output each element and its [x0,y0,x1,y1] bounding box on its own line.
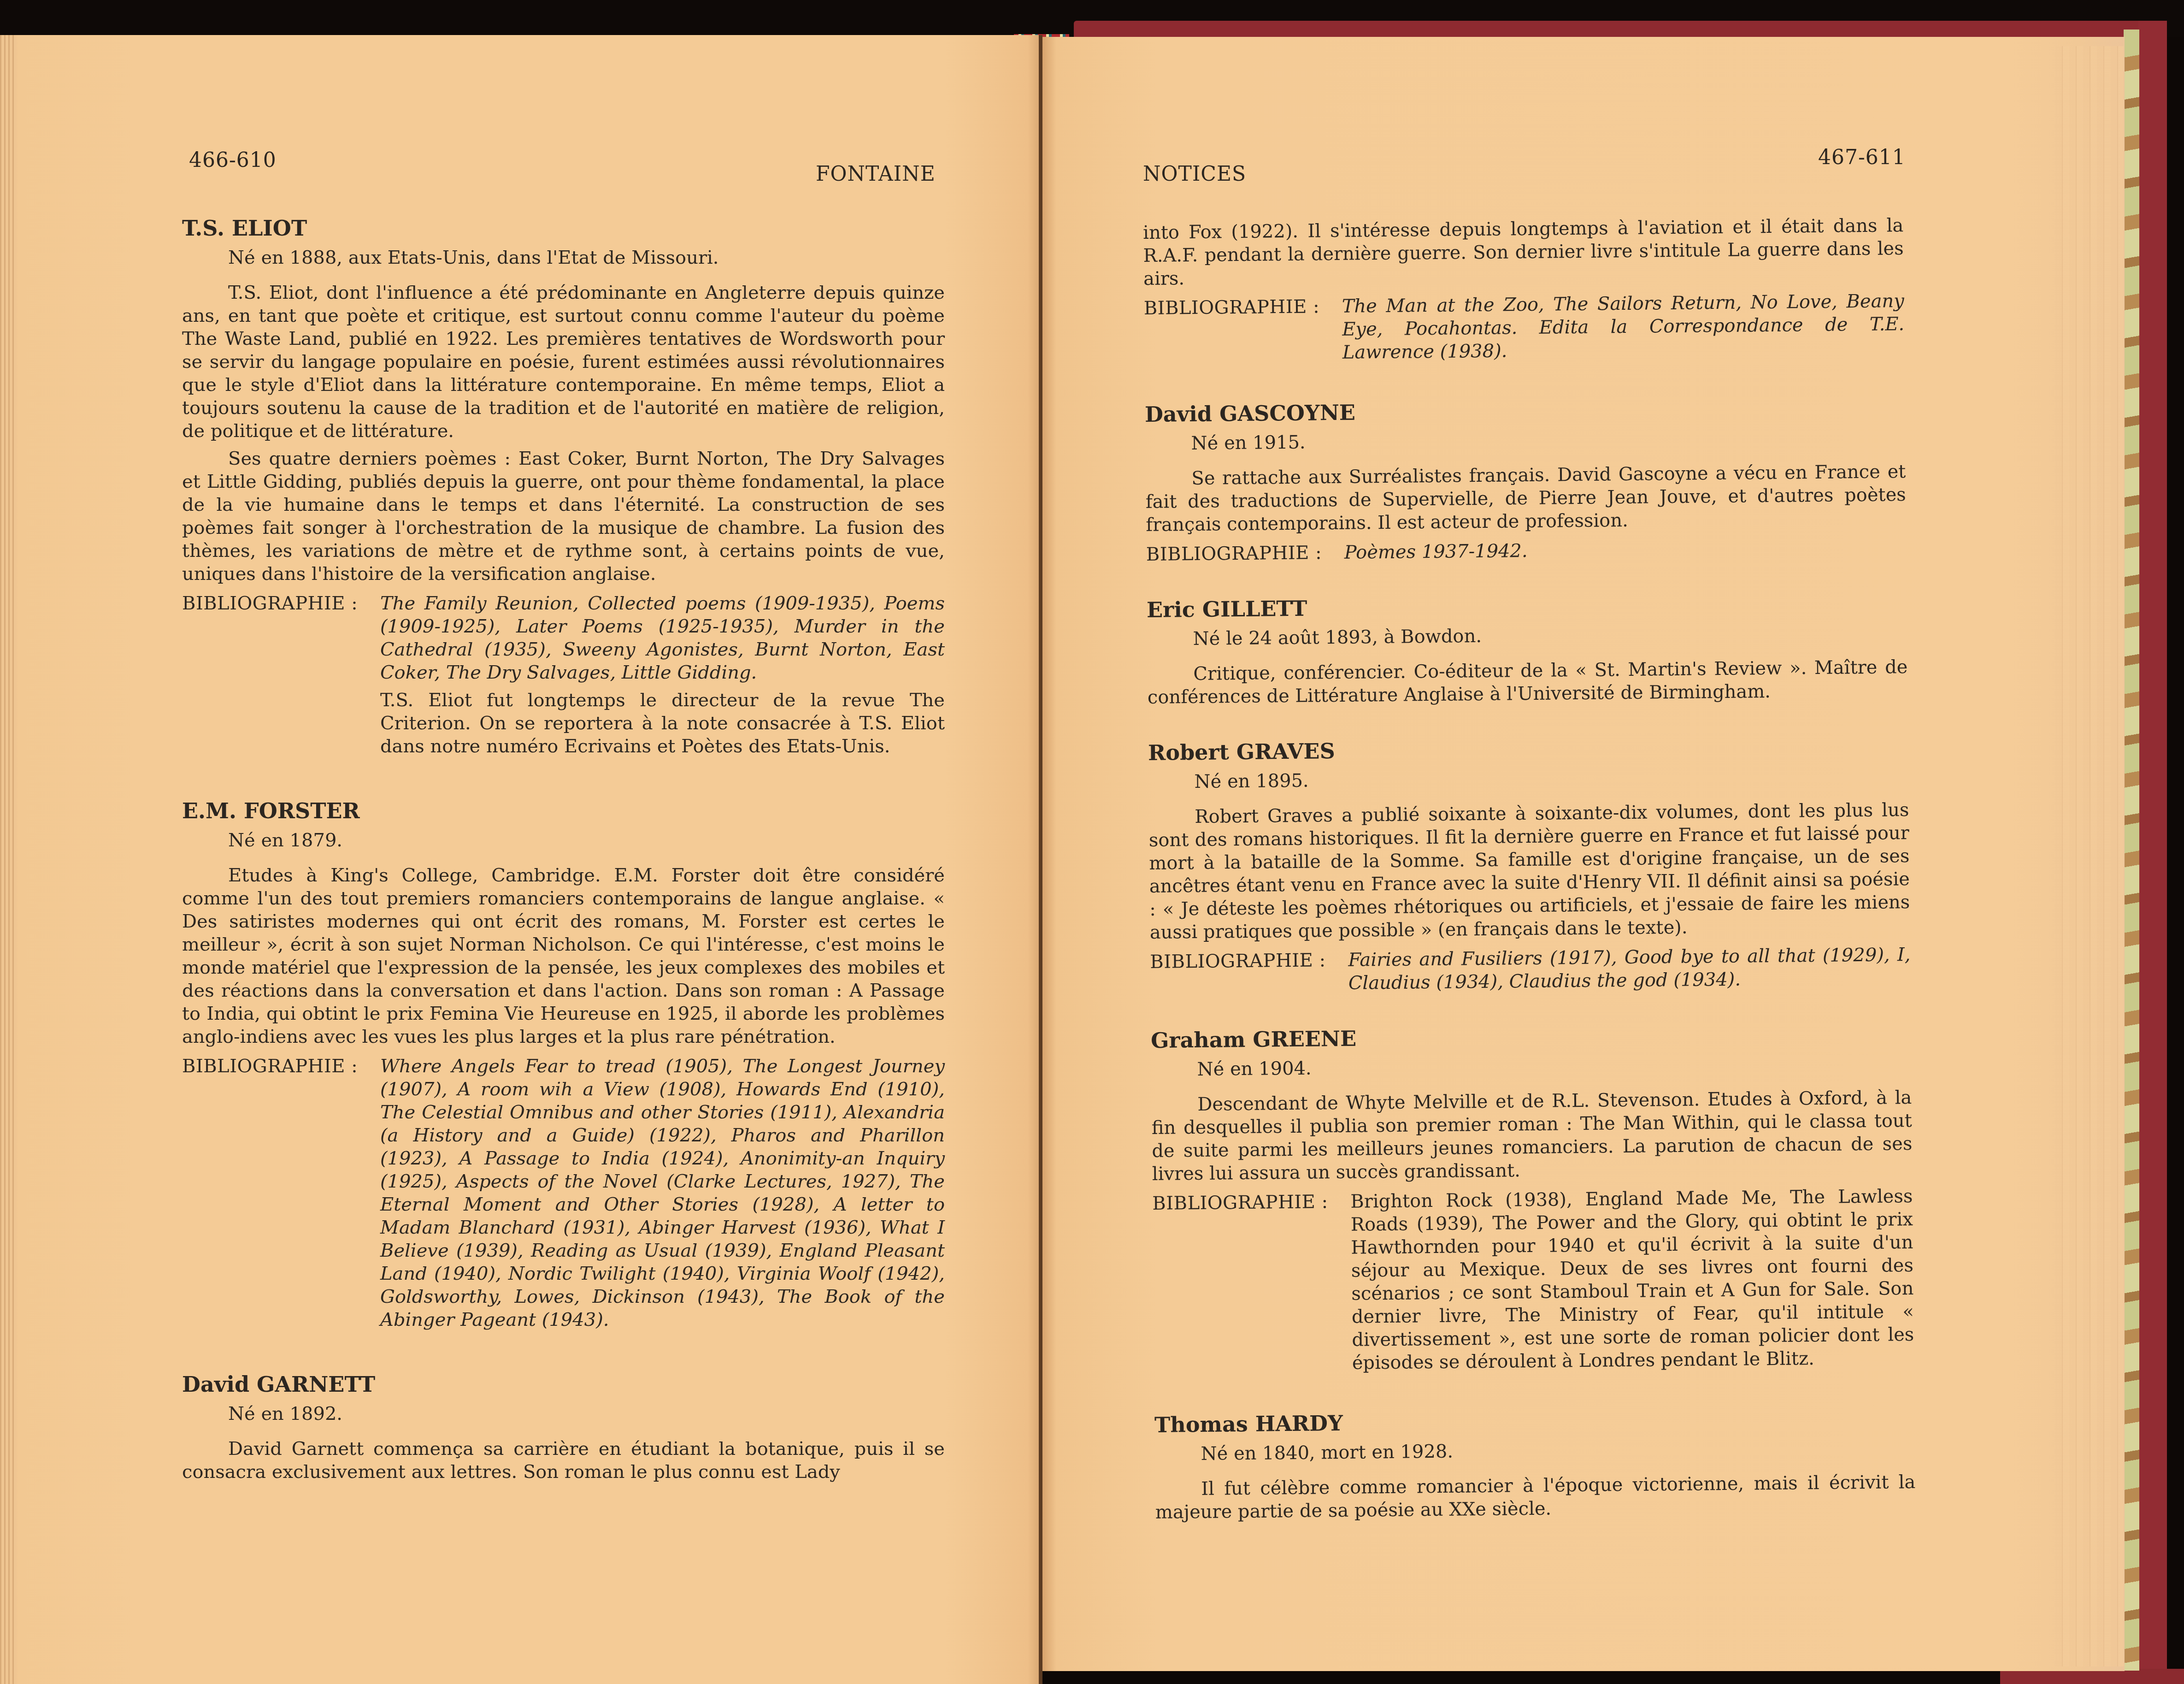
entry-gillett: Eric GILLETT Né le 24 août 1893, à Bowdo… [1147,591,1908,709]
birth-info: Né en 1895. [1194,763,1908,793]
right-running-head: NOTICES [1143,162,1246,186]
paragraph: T.S. Eliot, dont l'influence a été prédo… [182,281,945,443]
bibliography: BIBLIOGRAPHIE : Where Angels Fear to tre… [182,1055,945,1331]
book-gutter [1039,35,1042,1684]
bibliography: BIBLIOGRAPHIE : Brighton Rock (1938), En… [1152,1185,1914,1377]
bibliography-label: BIBLIOGRAPHIE : [182,1055,380,1331]
birth-info: Né en 1904. [1197,1051,1911,1081]
birth-info: Né en 1888, aux Etats-Unis, dans l'Etat … [228,246,945,269]
birth-info: Né en 1840, mort en 1928. [1201,1436,1915,1465]
paragraph: David Garnett commença sa carrière en ét… [182,1437,945,1483]
author-name: E.M. FORSTER [182,799,945,822]
paragraph: Ses quatre derniers poèmes : East Coker,… [182,447,945,585]
author-name: T.S. ELIOT [182,217,945,240]
birth-info: Né le 24 août 1893, à Bowdon. [1193,620,1907,650]
left-page-edges [0,35,17,1684]
entry-garnett-continued: into Fox (1922). Il s'intéresse depuis l… [1143,214,1905,366]
bibliography: BIBLIOGRAPHIE : Poèmes 1937-1942. [1146,536,1907,566]
author-name: David GASCOYNE [1145,396,1905,426]
bibliography-label: BIBLIOGRAPHIE : [1150,949,1348,997]
author-name: Graham GREENE [1151,1022,1911,1052]
entry-greene: Graham GREENE Né en 1904. Descendant de … [1151,1022,1914,1377]
entry-gascoyne: David GASCOYNE Né en 1915. Se rattache a… [1145,396,1907,566]
paragraph: Critique, conférencier. Co-éditeur de la… [1147,656,1908,709]
author-name: David GARNETT [182,1373,945,1396]
left-running-head: FONTAINE [816,162,936,186]
right-page-number: 467-611 [1818,146,1906,169]
bibliography: BIBLIOGRAPHIE : The Man at the Zoo, The … [1144,290,1905,366]
paragraph: Il fut célèbre comme romancier à l'époqu… [1155,1471,1916,1524]
entry-graves: Robert GRAVES Né en 1895. Robert Graves … [1148,734,1911,997]
right-page-edges [2055,46,2124,1666]
bibliography-text: Poèmes 1937-1942. [1344,536,1907,564]
marbled-endpaper [2124,30,2139,1671]
birth-info: Né en 1915. [1191,425,1905,455]
book-cover-right-edge [2138,21,2167,1684]
right-text-column: into Fox (1922). Il s'intéresse depuis l… [1143,214,1916,1566]
bibliography-text: The Man at the Zoo, The Sailors Return, … [1342,290,1905,364]
bibliography: BIBLIOGRAPHIE : Fairies and Fusiliers (1… [1150,943,1911,997]
author-name: Eric GILLETT [1147,591,1907,621]
birth-info: Né en 1879. [228,829,945,852]
bibliography: BIBLIOGRAPHIE : The Family Reunion, Coll… [182,592,945,684]
paragraph: Se rattache aux Surréalistes français. D… [1145,460,1906,537]
entry-garnett: David GARNETT Né en 1892. David Garnett … [182,1373,945,1483]
bibliography-note: T.S. Eliot fut longtemps le directeur de… [380,689,945,758]
bibliography-text: Where Angels Fear to tread (1905), The L… [380,1055,945,1331]
entry-forster: E.M. FORSTER Né en 1879. Etudes à King's… [182,799,945,1331]
bibliography-text: Fairies and Fusiliers (1917), Good bye t… [1348,943,1911,995]
author-name: Thomas HARDY [1154,1406,1915,1436]
author-name: Robert GRAVES [1148,734,1908,764]
birth-info: Né en 1892. [228,1402,945,1425]
bibliography-text: Brighton Rock (1938), England Made Me, T… [1350,1185,1914,1375]
bibliography-label: BIBLIOGRAPHIE : [1152,1190,1352,1377]
entry-hardy: Thomas HARDY Né en 1840, mort en 1928. I… [1154,1406,1916,1524]
paragraph: Robert Graves a publié soixante à soixan… [1148,798,1910,944]
book-cover-top-edge [1074,21,2166,39]
bibliography-label: BIBLIOGRAPHIE : [1144,295,1342,366]
paragraph: Etudes à King's College, Cambridge. E.M.… [182,864,945,1048]
paragraph: Descendant de Whyte Melville et de R.L. … [1151,1086,1913,1186]
bibliography-label: BIBLIOGRAPHIE : [1146,541,1344,566]
continuation-paragraph: into Fox (1922). Il s'intéresse depuis l… [1143,214,1904,290]
left-text-column: T.S. ELIOT Né en 1888, aux Etats-Unis, d… [182,217,945,1525]
bibliography-label: BIBLIOGRAPHIE : [182,592,380,684]
left-page-number: 466-610 [189,148,277,172]
entry-eliot: T.S. ELIOT Né en 1888, aux Etats-Unis, d… [182,217,945,758]
bibliography-text: The Family Reunion, Collected poems (190… [380,592,945,684]
